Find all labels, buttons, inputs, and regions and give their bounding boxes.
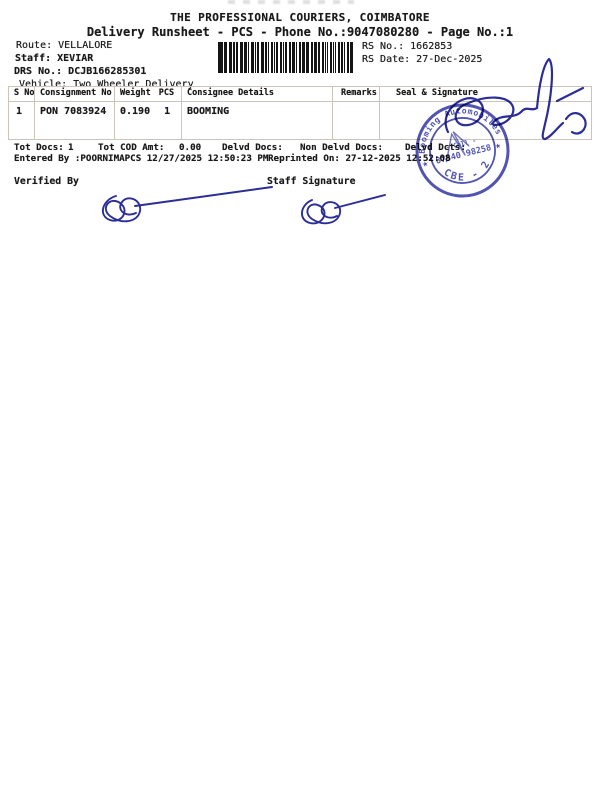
cell-consignee: BOOMING	[182, 102, 333, 140]
stamp-star-left-icon: ★	[421, 158, 430, 170]
rs-date-line: RS Date: 27-Dec-2025	[362, 54, 482, 65]
cell-s-no: 1	[9, 102, 35, 140]
cell-remarks	[333, 102, 380, 140]
drs-no-line: DRS No.: DCJB166285301	[14, 66, 146, 77]
col-header-remarks: Remarks	[333, 87, 380, 101]
route-line: Route: VELLALORE	[16, 40, 112, 51]
verified-by-signature	[103, 187, 272, 221]
cropped-print-artifact	[228, 0, 354, 4]
verified-by-label: Verified By	[14, 176, 79, 187]
cell-consignment-no: PON 7083924	[35, 102, 115, 140]
document-title: Delivery Runsheet - PCS - Phone No.:9047…	[0, 25, 600, 39]
runsheet-page: THE PROFESSIONAL COURIERS, COIMBATORE De…	[0, 0, 600, 800]
company-title: THE PROFESSIONAL COURIERS, COIMBATORE	[0, 11, 600, 24]
staff-line: Staff: XEVIAR	[15, 53, 93, 64]
cell-weight-pcs: 0.190 1	[115, 102, 182, 140]
stamp-star-right-icon: ★	[494, 140, 503, 152]
tot-cod-amt-value: 0.00	[179, 142, 201, 153]
staff-signature	[302, 195, 385, 223]
entered-by-line: Entered By :POORNIMAPCS 12/27/2025 12:50…	[14, 153, 268, 164]
col-header-weight: Weight	[120, 88, 151, 101]
col-header-pcs: PCS	[159, 88, 174, 101]
col-header-seal-signature: Seal & Signature	[380, 87, 591, 101]
tot-docs-label: Tot Docs:	[14, 142, 64, 153]
tot-cod-amt-label: Tot COD Amt:	[98, 142, 164, 153]
consignee-round-stamp: Booming Automobiles CBE - 2 ★ ★ - Cell -…	[412, 100, 513, 201]
col-header-consignment: Consignment No	[35, 87, 115, 101]
col-header-weight-pcs: Weight PCS	[115, 87, 182, 101]
cell-weight: 0.190	[120, 106, 150, 140]
non-delvd-docs-label: Non Delvd Docs:	[300, 142, 383, 153]
col-header-consignee: Consignee Details	[182, 87, 333, 101]
tot-docs-value: 1	[68, 142, 74, 153]
col-header-s-no: S No	[9, 87, 35, 101]
cell-pcs: 1	[164, 106, 170, 140]
delvd-docs-label: Delvd Docs:	[222, 142, 283, 153]
drs-barcode	[218, 42, 358, 73]
rs-no-line: RS No.: 1662853	[362, 41, 452, 52]
staff-signature-label: Staff Signature	[267, 176, 355, 187]
